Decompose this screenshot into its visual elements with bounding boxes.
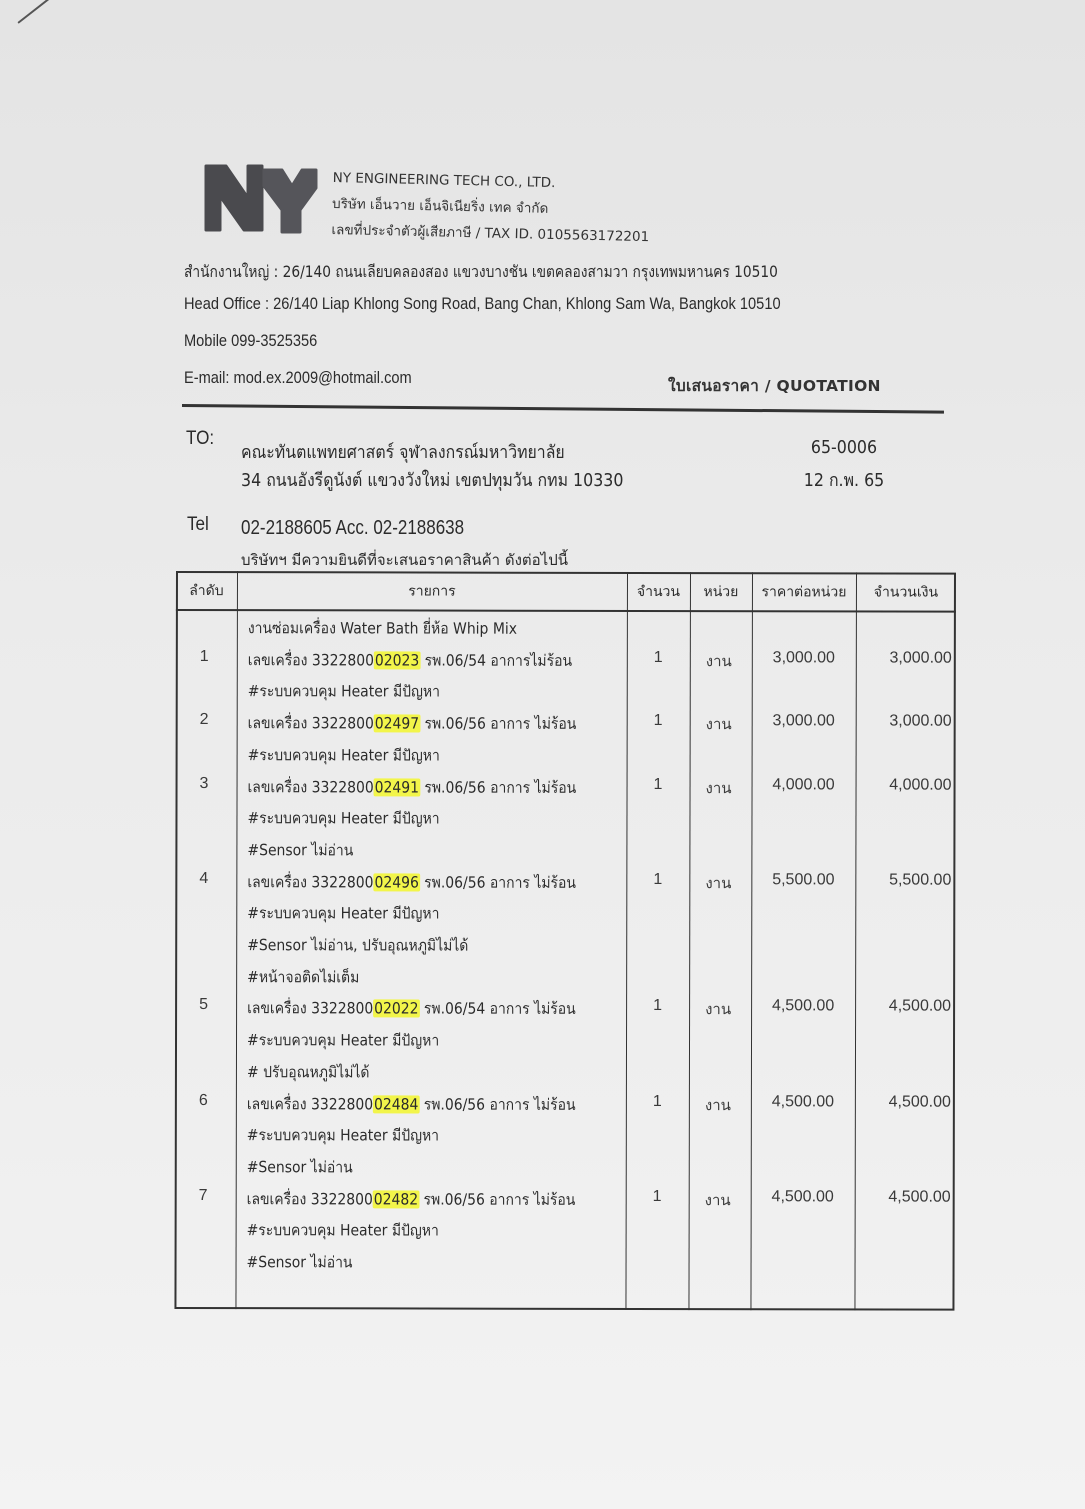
symptom-note: #ระบบควบคุม Heater มีปัญหา	[247, 1122, 439, 1147]
row-number: 7	[199, 1187, 208, 1205]
header-unit: หน่วย	[690, 572, 752, 610]
serial-suffix: รพ.06/56 อาการ ไม่ร้อน	[419, 1190, 575, 1208]
head-office-en: Head Office : 26/140 Liap Khlong Song Ro…	[184, 294, 781, 314]
machine-serial-line: เลขเครื่อง 332280002484 รพ.06/56 อาการ ไ…	[247, 1091, 576, 1117]
unit-value: งาน	[705, 1188, 731, 1212]
serial-suffix: รพ.06/56 อาการ ไม่ร้อน	[420, 778, 576, 796]
document-date: 12 ก.พ. 65	[796, 465, 891, 494]
quotation-table: ลำดับ รายการ จำนวน หน่วย ราคาต่อหน่วย จำ…	[174, 571, 956, 1311]
machine-serial-line: เลขเครื่อง 332280002022 รพ.06/54 อาการ ไ…	[247, 996, 576, 1022]
row-number: 5	[199, 996, 208, 1014]
qty-value: 1	[653, 1093, 662, 1111]
to-label: TO:	[186, 428, 214, 450]
company-info: NY ENGINEERING TECH CO., LTD. บริษัท เอ็…	[331, 165, 650, 250]
document-number: 65-0006	[796, 437, 891, 458]
row-number: 4	[199, 870, 208, 888]
header-description: รายการ	[237, 571, 627, 610]
company-logo-icon	[200, 162, 318, 234]
amount-value: 4,500.00	[855, 1188, 951, 1206]
tel-label: Tel	[187, 514, 209, 536]
unit-value: งาน	[705, 1093, 731, 1117]
symptom-note: #Sensor ไม่อ่าน	[247, 1154, 353, 1179]
unit-price-value: 4,000.00	[752, 776, 856, 794]
unit-value: งาน	[706, 649, 732, 673]
header-amount: จำนวนเงิน	[856, 572, 956, 610]
serial-highlight: 02496	[374, 873, 420, 891]
row-number: 6	[199, 1092, 208, 1110]
header-qty: จำนวน	[627, 572, 690, 610]
unit-price-value: 3,000.00	[752, 649, 856, 667]
header-unit-price: ราคาต่อหน่วย	[752, 572, 856, 610]
serial-highlight: 02484	[373, 1095, 419, 1113]
row-number: 3	[200, 775, 209, 793]
serial-prefix: เลขเครื่อง 3322800	[248, 778, 374, 796]
amount-value: 4,500.00	[855, 1093, 951, 1111]
unit-value: งาน	[705, 871, 731, 895]
amount-value: 3,000.00	[856, 713, 952, 731]
qty-value: 1	[654, 649, 663, 667]
intro-text: บริษัทฯ มีความยินดีที่จะเสนอราคาสินค้า ด…	[241, 548, 568, 572]
unit-price-value: 5,500.00	[751, 871, 855, 889]
amount-value: 5,500.00	[855, 871, 951, 889]
symptom-note: #Sensor ไม่อ่าน	[247, 837, 353, 862]
symptom-note: #ระบบควบคุม Heater มีปัญหา	[247, 1217, 439, 1242]
serial-prefix: เลขเครื่อง 3322800	[248, 651, 374, 669]
serial-prefix: เลขเครื่อง 3322800	[248, 714, 374, 732]
machine-serial-line: เลขเครื่อง 332280002497 รพ.06/56 อาการ ไ…	[248, 710, 577, 736]
row-number: 1	[200, 648, 209, 666]
email-address: E-mail: mod.ex.2009@hotmail.com	[184, 368, 412, 388]
unit-price-value: 4,500.00	[751, 1188, 855, 1206]
machine-serial-line: เลขเครื่อง 332280002491 รพ.06/56 อาการ ไ…	[248, 774, 577, 800]
serial-prefix: เลขเครื่อง 3322800	[247, 873, 373, 891]
qty-value: 1	[653, 1188, 662, 1206]
unit-price-value: 3,000.00	[752, 712, 856, 730]
qty-value: 1	[654, 776, 663, 794]
head-office-th: สำนักงานใหญ่ : 26/140 ถนนเลียบคลองสอง แข…	[184, 260, 778, 285]
serial-highlight: 02497	[374, 715, 420, 733]
pen-mark	[17, 0, 56, 24]
customer-address: 34 ถนนอังรีดูนังต์ แขวงวังใหม่ เขตปทุมวั…	[241, 465, 623, 494]
unit-price-value: 4,500.00	[751, 1093, 855, 1111]
customer-tel: 02-2188605 Acc. 02-2188638	[241, 517, 464, 540]
serial-suffix: รพ.06/56 อาการ ไม่ร้อน	[419, 1095, 575, 1113]
serial-suffix: รพ.06/56 อาการ ไม่ร้อน	[420, 715, 576, 733]
serial-prefix: เลขเครื่อง 3322800	[247, 1190, 373, 1208]
serial-highlight: 02023	[374, 651, 420, 669]
customer-name: คณะทันตแพทยศาสตร์ จุฬาลงกรณ์มหาวิทยาลัย	[241, 437, 565, 466]
description-heading: งานซ่อมเครื่อง Water Bath ยี่ห้อ Whip Mi…	[248, 615, 517, 641]
mobile-number: Mobile 099-3525356	[184, 331, 317, 351]
serial-highlight: 02022	[373, 1000, 419, 1018]
qty-value: 1	[653, 871, 662, 889]
symptom-note: #ระบบควบคุม Heater มีปัญหา	[247, 805, 439, 830]
amount-value: 3,000.00	[856, 649, 952, 667]
unit-value: งาน	[706, 712, 732, 736]
symptom-note: #หน้าจอติดไม่เต็ม	[247, 964, 359, 989]
serial-suffix: รพ.06/54 อาการ ไม่ร้อน	[419, 1000, 575, 1018]
symptom-note: #ระบบควบคุม Heater มีปัญหา	[247, 900, 439, 925]
qty-value: 1	[653, 997, 662, 1015]
qty-value: 1	[654, 712, 663, 730]
serial-prefix: เลขเครื่อง 3322800	[247, 1000, 373, 1018]
symptom-note: #ระบบควบคุม Heater มีปัญหา	[247, 1027, 439, 1052]
document-title: ใบเสนอราคา / QUOTATION	[668, 373, 881, 398]
unit-value: งาน	[705, 997, 731, 1021]
amount-value: 4,500.00	[855, 998, 951, 1016]
header-no: ลำดับ	[176, 571, 237, 609]
serial-suffix: รพ.06/54 อาการไม่ร้อน	[420, 651, 572, 669]
serial-prefix: เลขเครื่อง 3322800	[247, 1095, 373, 1113]
symptom-note: # ปรับอุณหภูมิไม่ได้	[247, 1059, 370, 1084]
symptom-note: #ระบบควบคุม Heater มีปัญหา	[248, 742, 440, 767]
symptom-note: #Sensor ไม่อ่าน	[247, 1249, 353, 1274]
row-number: 2	[200, 711, 209, 729]
machine-serial-line: เลขเครื่อง 332280002023 รพ.06/54 อาการไม…	[248, 647, 572, 673]
serial-suffix: รพ.06/56 อาการ ไม่ร้อน	[420, 873, 576, 891]
machine-serial-line: เลขเครื่อง 332280002482 รพ.06/56 อาการ ไ…	[247, 1186, 576, 1212]
header-divider	[182, 404, 944, 414]
unit-price-value: 4,500.00	[751, 998, 855, 1016]
unit-value: งาน	[706, 776, 732, 800]
machine-serial-line: เลขเครื่อง 332280002496 รพ.06/56 อาการ ไ…	[247, 869, 576, 895]
symptom-note: #Sensor ไม่อ่าน, ปรับอุณหภูมิไม่ได้	[247, 932, 468, 957]
amount-value: 4,000.00	[856, 776, 952, 794]
symptom-note: #ระบบควบคุม Heater มีปัญหา	[248, 679, 440, 704]
serial-highlight: 02491	[374, 778, 420, 796]
serial-highlight: 02482	[373, 1190, 419, 1208]
